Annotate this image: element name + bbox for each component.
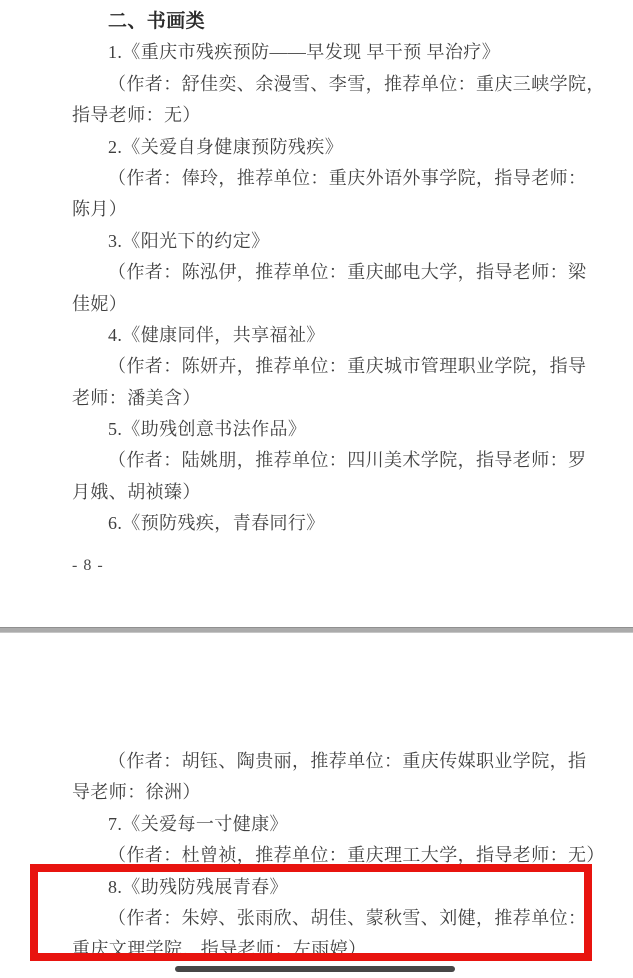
text-line: 8.《助残防残展青春》 <box>72 872 573 903</box>
text-line: （作者：舒佳奕、余漫雪、李雪，推荐单位：重庆三峡学院， <box>72 69 573 100</box>
text-line: 2.《关爱自身健康预防残疾》 <box>72 132 573 163</box>
text-line: （作者：俸玲，推荐单位：重庆外语外事学院，指导老师： <box>72 163 573 194</box>
document-page-9: （作者：胡钰、陶贵丽，推荐单位：重庆传媒职业学院，指 导老师：徐洲） 7.《关爱… <box>0 633 633 978</box>
text-line: （作者：陆姚朋，推荐单位：四川美术学院，指导老师：罗 <box>72 445 573 476</box>
text-line: 3.《阳光下的约定》 <box>72 226 573 257</box>
text-line: 7.《关爱每一寸健康》 <box>72 809 573 840</box>
text-line: 重庆文理学院，指导老师：左雨婷） <box>72 934 573 965</box>
text-line: 4.《健康同伴，共享福祉》 <box>72 320 573 351</box>
text-line: 导老师：徐洲） <box>72 777 573 808</box>
document-viewer: 二、书画类 1.《重庆市残疾预防——早发现 早干预 早治疗》 （作者：舒佳奕、余… <box>0 0 633 978</box>
text-line: 指导老师：无） <box>72 100 573 131</box>
text-line: （作者：陈泓伊，推荐单位：重庆邮电大学，指导老师：梁 <box>72 257 573 288</box>
bottom-scroll-indicator <box>175 966 455 972</box>
text-line: 6.《预防残疾，青春同行》 <box>72 508 573 539</box>
section-heading: 二、书画类 <box>72 6 573 37</box>
text-line: 陈月） <box>72 194 573 225</box>
text-line: 佳妮） <box>72 289 573 320</box>
text-line: （作者：胡钰、陶贵丽，推荐单位：重庆传媒职业学院，指 <box>72 746 573 777</box>
text-line: （作者：杜曾祯，推荐单位：重庆理工大学，指导老师：无） <box>72 840 573 871</box>
text-line: （作者：朱婷、张雨欣、胡佳、蒙秋雪、刘健，推荐单位： <box>72 903 573 934</box>
text-line: 老师：潘美含） <box>72 383 573 414</box>
text-line: 5.《助残创意书法作品》 <box>72 414 573 445</box>
text-line: 月娥、胡祯臻） <box>72 477 573 508</box>
page-number-footer: - 8 - <box>72 554 573 578</box>
text-line: 1.《重庆市残疾预防——早发现 早干预 早治疗》 <box>72 37 573 68</box>
document-page-8: 二、书画类 1.《重庆市残疾预防——早发现 早干预 早治疗》 （作者：舒佳奕、余… <box>0 0 633 627</box>
text-line: （作者：陈妍卉，推荐单位：重庆城市管理职业学院，指导 <box>72 351 573 382</box>
